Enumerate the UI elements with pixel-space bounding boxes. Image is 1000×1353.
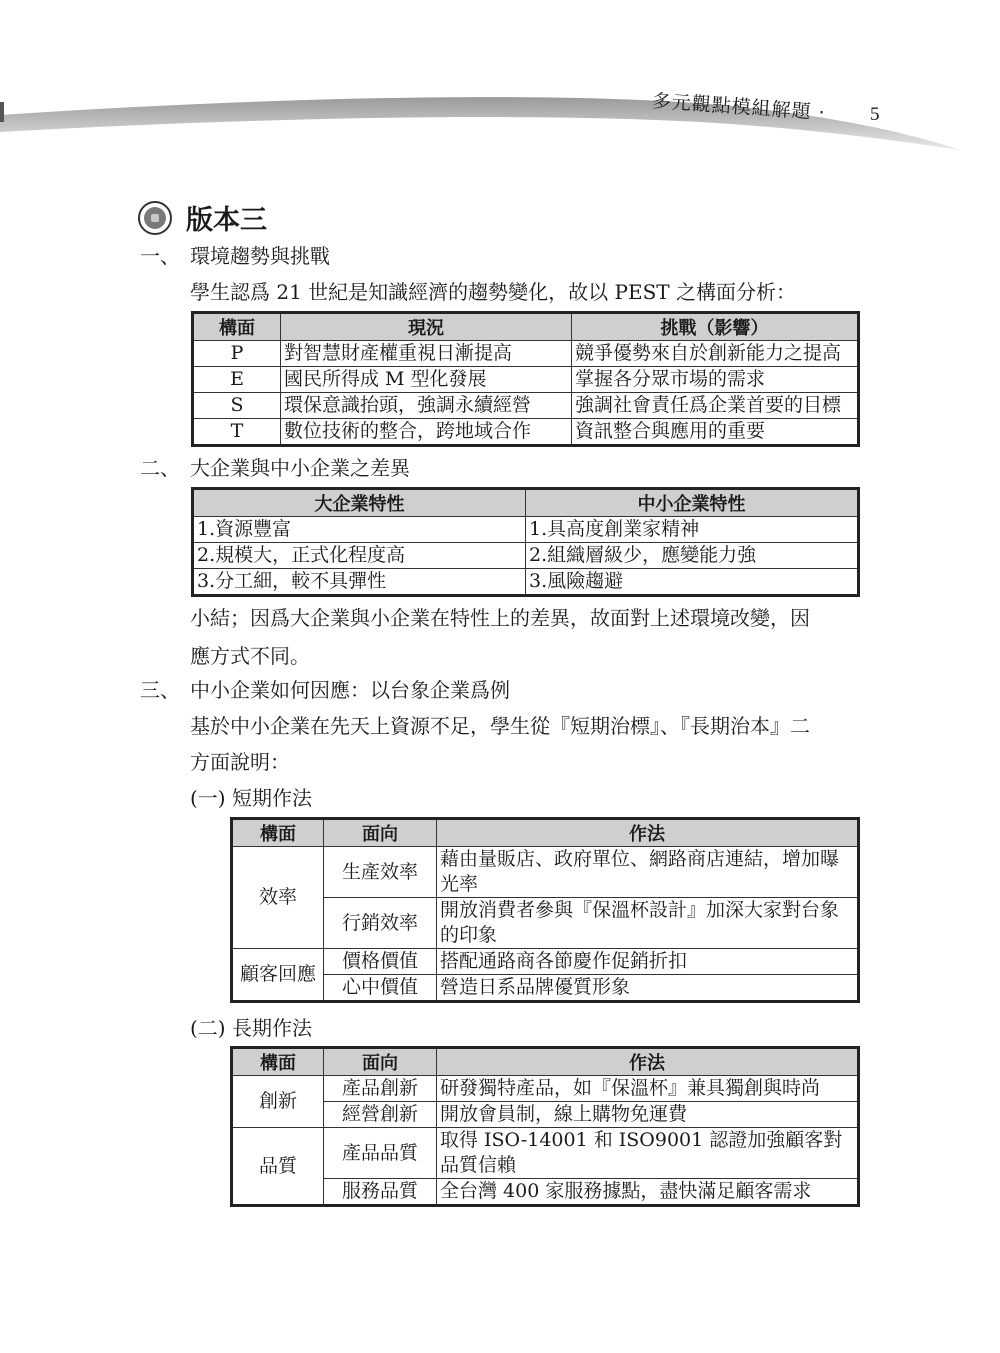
table-row: S 環保意識抬頭，強調永續經營 強調社會責任爲企業首要的目標: [193, 393, 859, 419]
table-cell: 創新: [232, 1076, 324, 1128]
short-term-table: 構面 面向 作法 效率 生產效率 藉由量販店、政府單位、網路商店連結，增加曝光率…: [230, 817, 860, 1003]
table-row: 服務品質 全台灣 400 家服務據點，盡快滿足顧客需求: [232, 1179, 859, 1206]
table-header: 面向: [324, 1048, 437, 1076]
table-row: 品質 產品品質 取得 ISO-14001 和 ISO9001 認證加強顧客對品質…: [232, 1128, 859, 1179]
table-cell: S: [193, 393, 281, 419]
version-title: 版本三: [186, 198, 267, 237]
table-cell: 強調社會責任爲企業首要的目標: [572, 393, 859, 419]
section-number: 三、: [140, 678, 180, 702]
table-cell: 3.分工細，較不具彈性: [193, 569, 526, 596]
table-row: 效率 生產效率 藉由量販店、政府單位、網路商店連結，增加曝光率: [232, 847, 859, 898]
table-row: 創新 產品創新 研發獨特產品，如『保溫杯』兼具獨創與時尚: [232, 1076, 859, 1102]
table-row: 行銷效率 開放消費者參與『保溫杯設計』加深大家對台象的印象: [232, 898, 859, 949]
pest-table: 構面 現況 挑戰（影響） P 對智慧財產權重視日漸提高 競爭優勢來自於創新能力之…: [191, 311, 860, 447]
table-row: 顧客回應 價格價值 搭配通路商各節慶作促銷折扣: [232, 949, 859, 975]
table-cell: P: [193, 341, 281, 367]
table-cell: 環保意識抬頭，強調永續經營: [281, 393, 572, 419]
table-header: 面向: [324, 819, 437, 847]
table-row: 3.分工細，較不具彈性 3.風險趨避: [193, 569, 859, 596]
table-row: E 國民所得成 M 型化發展 掌握各分眾市場的需求: [193, 367, 859, 393]
table-cell: 品質: [232, 1128, 324, 1206]
table-cell: 研發獨特產品，如『保溫杯』兼具獨創與時尚: [437, 1076, 859, 1102]
table-header: 挑戰（影響）: [572, 313, 859, 341]
summary-text: 應方式不同。: [190, 644, 310, 668]
enterprise-comparison-table: 大企業特性 中小企業特性 1.資源豐富 1.具高度創業家精神 2.規模大，正式化…: [191, 487, 860, 597]
table-cell: 產品品質: [324, 1128, 437, 1179]
table-header: 中小企業特性: [526, 489, 859, 517]
table-header: 構面: [232, 1048, 324, 1076]
table-cell: 營造日系品牌優質形象: [437, 975, 859, 1002]
table-cell: 1.具高度創業家精神: [526, 517, 859, 543]
table-cell: 全台灣 400 家服務據點，盡快滿足顧客需求: [437, 1179, 859, 1206]
table-cell: 數位技術的整合，跨地域合作: [281, 419, 572, 446]
table-header: 大企業特性: [193, 489, 526, 517]
subsection-title: (一) 短期作法: [190, 786, 312, 810]
table-cell: E: [193, 367, 281, 393]
table-header: 構面: [232, 819, 324, 847]
table-cell: 藉由量販店、政府單位、網路商店連結，增加曝光率: [437, 847, 859, 898]
table-cell: 開放會員制，線上購物免運費: [437, 1102, 859, 1128]
table-cell: 開放消費者參與『保溫杯設計』加深大家對台象的印象: [437, 898, 859, 949]
table-cell: 取得 ISO-14001 和 ISO9001 認證加強顧客對品質信賴: [437, 1128, 859, 1179]
section-title: 環境趨勢與挑戰: [190, 244, 330, 268]
long-term-table: 構面 面向 作法 創新 產品創新 研發獨特產品，如『保溫杯』兼具獨創與時尚 經營…: [230, 1046, 860, 1207]
section-intro: 基於中小企業在先天上資源不足，學生從『短期治標』、『長期治本』二: [190, 714, 810, 738]
target-bullet-icon: [138, 201, 172, 235]
version-heading: 版本三: [138, 198, 267, 237]
table-cell: 行銷效率: [324, 898, 437, 949]
table-row: T 數位技術的整合，跨地域合作 資訊整合與應用的重要: [193, 419, 859, 446]
header-swoosh-decoration: [0, 60, 1000, 180]
table-cell: 2.規模大，正式化程度高: [193, 543, 526, 569]
table-header: 作法: [437, 819, 859, 847]
table-row: 心中價值 營造日系品牌優質形象: [232, 975, 859, 1002]
table-cell: 2.組織層級少，應變能力強: [526, 543, 859, 569]
section-title: 中小企業如何因應：以台象企業爲例: [190, 678, 510, 702]
summary-text: 小結；因爲大企業與小企業在特性上的差異，故面對上述環境改變，因: [190, 606, 810, 630]
table-cell: 國民所得成 M 型化發展: [281, 367, 572, 393]
table-cell: 服務品質: [324, 1179, 437, 1206]
table-cell: 心中價值: [324, 975, 437, 1002]
table-header: 現況: [281, 313, 572, 341]
table-cell: 資訊整合與應用的重要: [572, 419, 859, 446]
page-number: 5: [870, 104, 880, 126]
table-row: 1.資源豐富 1.具高度創業家精神: [193, 517, 859, 543]
table-row: P 對智慧財產權重視日漸提高 競爭優勢來自於創新能力之提高: [193, 341, 859, 367]
table-cell: 1.資源豐富: [193, 517, 526, 543]
table-header: 構面: [193, 313, 281, 341]
subsection-title: (二) 長期作法: [190, 1016, 312, 1040]
table-cell: 掌握各分眾市場的需求: [572, 367, 859, 393]
table-cell: 產品創新: [324, 1076, 437, 1102]
section-intro: 學生認爲 21 世紀是知識經濟的趨勢變化，故以 PEST 之構面分析：: [190, 280, 796, 304]
table-cell: 生產效率: [324, 847, 437, 898]
section-title: 大企業與中小企業之差異: [190, 456, 410, 480]
section-intro: 方面說明：: [190, 750, 290, 774]
section-number: 一、: [140, 244, 180, 268]
table-cell: 顧客回應: [232, 949, 324, 1002]
table-row: 2.規模大，正式化程度高 2.組織層級少，應變能力強: [193, 543, 859, 569]
table-cell: 競爭優勢來自於創新能力之提高: [572, 341, 859, 367]
table-cell: 經營創新: [324, 1102, 437, 1128]
table-row: 經營創新 開放會員制，線上購物免運費: [232, 1102, 859, 1128]
table-cell: 效率: [232, 847, 324, 949]
table-cell: 3.風險趨避: [526, 569, 859, 596]
table-cell: 對智慧財產權重視日漸提高: [281, 341, 572, 367]
table-cell: T: [193, 419, 281, 446]
section-number: 二、: [140, 456, 180, 480]
table-cell: 價格價值: [324, 949, 437, 975]
table-cell: 搭配通路商各節慶作促銷折扣: [437, 949, 859, 975]
table-header: 作法: [437, 1048, 859, 1076]
